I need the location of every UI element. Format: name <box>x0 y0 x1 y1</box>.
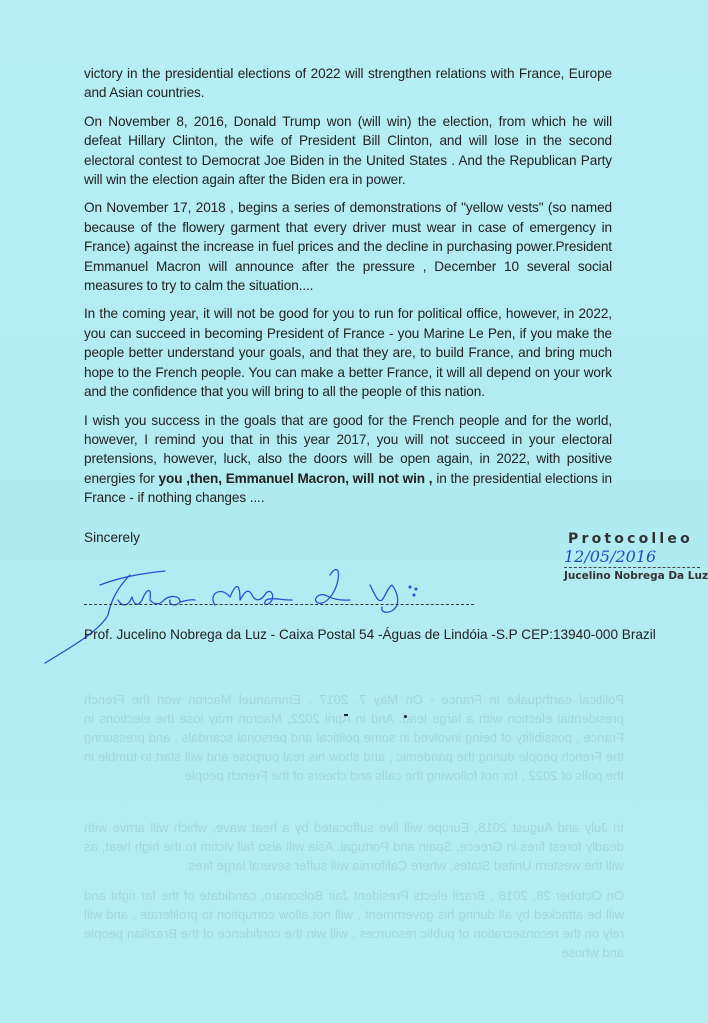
paragraph-trump: On November 8, 2016, Donald Trump won (w… <box>84 112 612 190</box>
signature-line <box>84 604 474 605</box>
protocol-stamp: Protocolleo 12/05/2016 Jucelino Nobrega … <box>568 531 708 582</box>
stamp-date: 12/05/2016 <box>564 547 700 568</box>
show-through-paragraph: On October 28, 2018 , Brazil elects Pres… <box>84 886 624 962</box>
paragraph-final-wish: I wish you success in the goals that are… <box>84 411 612 508</box>
stamp-title: Protocolleo <box>568 531 708 547</box>
document-page: Political earthquake in France - On May … <box>0 0 708 1023</box>
paragraph-relations: victory in the presidential elections of… <box>84 64 612 103</box>
letter-body: victory in the presidential elections of… <box>84 64 612 517</box>
closing-salutation: Sincerely <box>84 530 140 545</box>
paragraph-yellow-vests: On November 17, 2018 , begins a series o… <box>84 198 612 295</box>
show-through-paragraph: In July and August 2018, Europe will liv… <box>84 818 624 875</box>
signature-icon <box>30 545 470 665</box>
sender-address: Prof. Jucelino Nobrega da Luz - Caixa Po… <box>84 627 656 642</box>
stamp-name: Jucelino Nobrega Da Luz <box>564 570 708 582</box>
show-through-paragraph: Political earthquake in France - On May … <box>84 690 624 785</box>
paragraph-coming-year: In the coming year, it will not be good … <box>84 304 612 401</box>
scan-speck <box>344 714 348 716</box>
scan-speck <box>404 715 407 718</box>
final-bold: you ,then, Emmanuel Macron, will not win… <box>159 471 433 486</box>
